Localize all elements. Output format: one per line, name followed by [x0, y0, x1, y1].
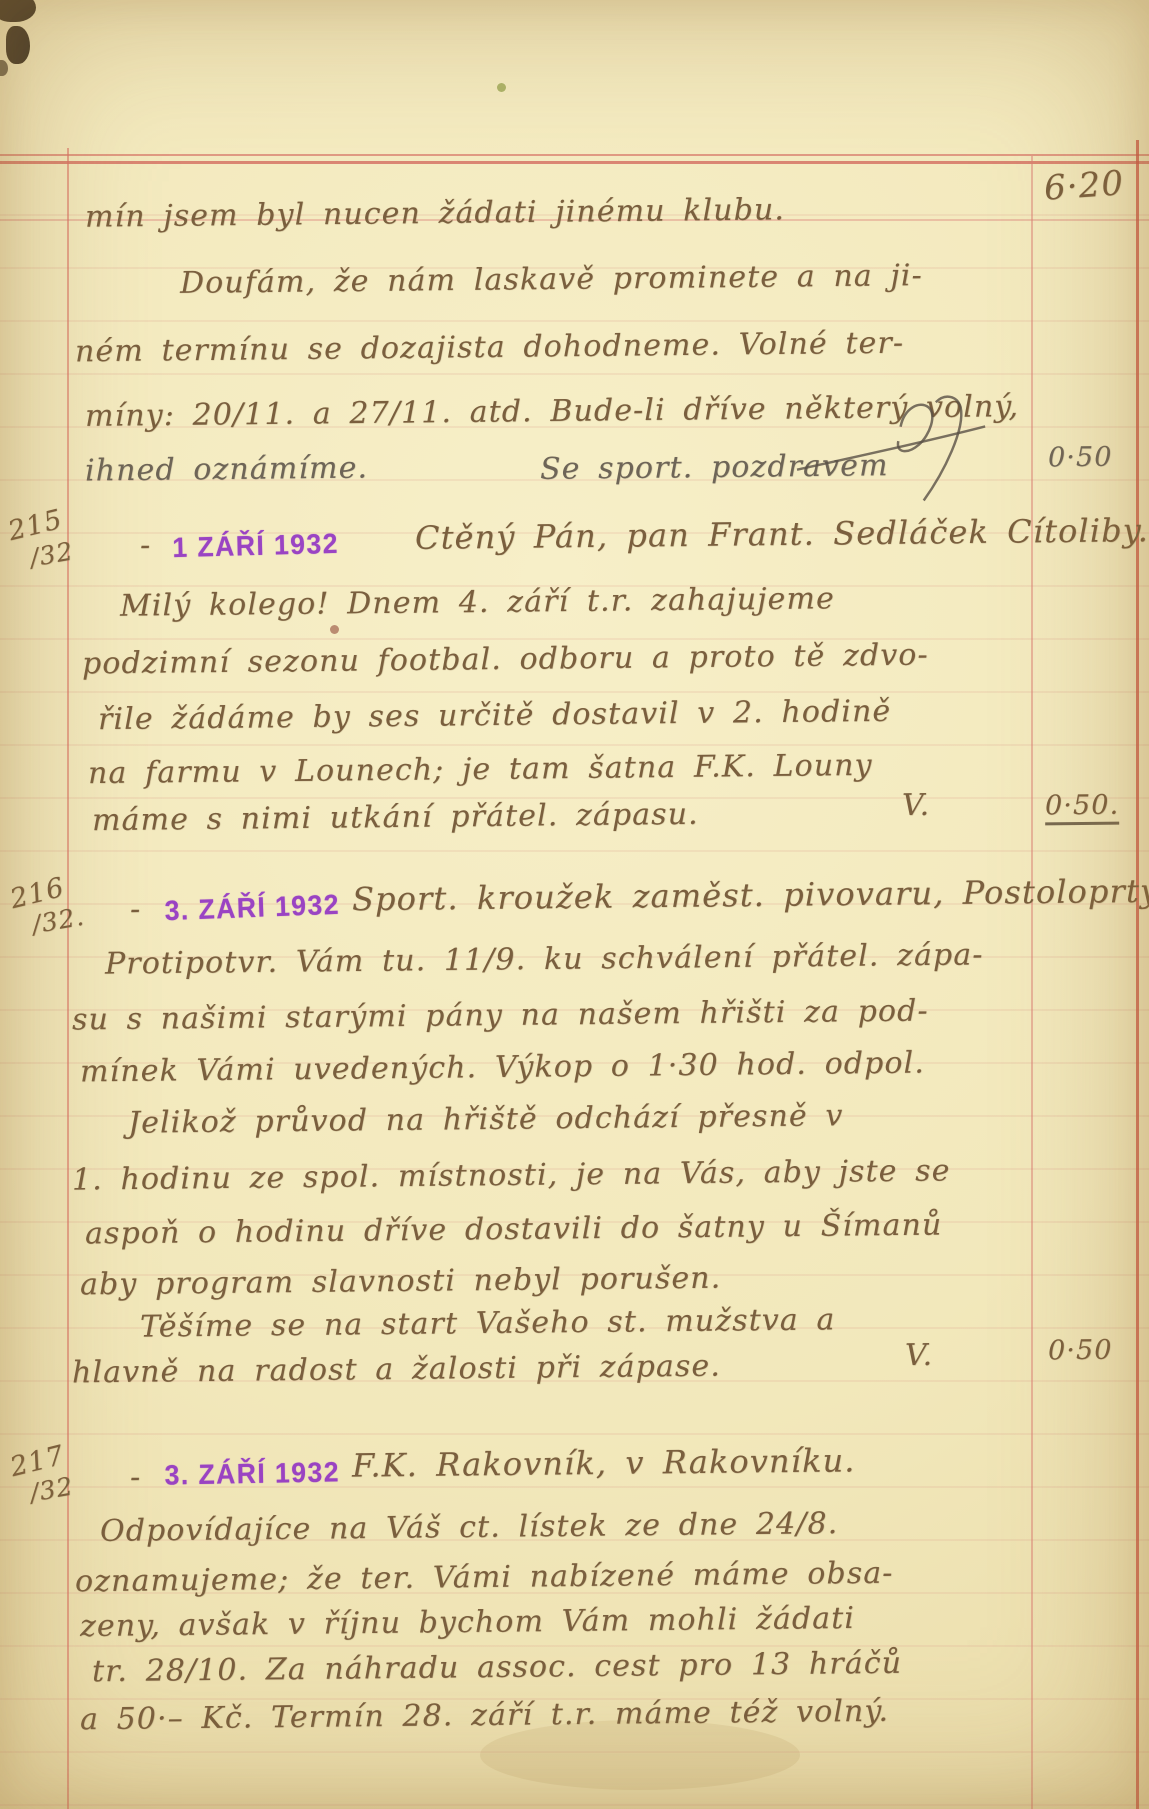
paper-speck: [330, 625, 339, 634]
ink-blot: [6, 26, 30, 64]
ledger-page: 6·20 mín jsem byl nucen žádati jinému kl…: [0, 0, 1149, 1809]
left-margin-line: [67, 148, 69, 1809]
letter-line: a 50·– Kč. Termín 28. září t.r. máme též…: [80, 1694, 889, 1737]
entry-dash: -: [130, 1460, 142, 1495]
entry-number: /32: [28, 1471, 76, 1507]
date-stamp: 3. ZÁŘÍ 1932: [164, 889, 340, 927]
letter-line: tr. 28/10. Za náhradu assoc. cest pro 13…: [92, 1646, 902, 1689]
letter-line: hlavně na radost a žalosti při zápase.: [72, 1349, 721, 1391]
entry-dash: -: [140, 528, 152, 563]
entry-heading: Ctěný Pán, pan Frant. Sedláček Cítoliby.: [415, 511, 1149, 557]
date-stamp: 3. ZÁŘÍ 1932: [164, 1456, 340, 1491]
fee-amount: 0·50: [1048, 442, 1113, 474]
letter-line: ihned oznámíme.: [85, 451, 368, 489]
top-rule: [0, 154, 1149, 156]
letter-line: máme s nimi utkání přátel. zápasu.: [92, 797, 699, 838]
letter-line: zeny, avšak v říjnu bychom Vám mohli žád…: [80, 1601, 855, 1644]
fee-amount: 0·50.: [1045, 790, 1120, 822]
letter-line: 1. hodinu ze spol. místnosti, je na Vás,…: [72, 1153, 951, 1197]
ink-blot: [0, 0, 36, 22]
letter-line: Těšíme se na start Vašeho st. mužstva a: [140, 1302, 836, 1344]
letter-line: Milý kolego! Dnem 4. září t.r. zahajujem…: [120, 581, 835, 623]
letter-line: Jelikož průvod na hřiště odchází přesně …: [128, 1098, 844, 1140]
letter-line: mín jsem byl nucen žádati jinému klubu.: [85, 192, 785, 234]
valediction: V.: [905, 1338, 934, 1373]
letter-line: aby program slavnosti nebyl porušen.: [80, 1261, 722, 1303]
letter-line: ném termínu se dozajista dohodneme. Voln…: [75, 326, 904, 370]
valediction: V.: [902, 788, 931, 823]
entry-heading: F.K. Rakovník, v Rakovníku.: [352, 1441, 856, 1484]
entry-dash: -: [130, 892, 142, 927]
ink-blot: [0, 60, 8, 76]
letter-line: podzimní sezonu footbal. odboru a proto …: [82, 638, 929, 682]
amount-column-line: [1031, 156, 1033, 1809]
fee-underline: 0·50.: [1045, 790, 1120, 826]
fee-amount: 0·50: [1048, 1335, 1113, 1367]
letter-line: Doufám, že nám laskavě prominete a na ji…: [180, 258, 923, 301]
letter-line: Odpovídajíce na Váš ct. lístek ze dne 24…: [100, 1506, 839, 1549]
letter-line: na farmu v Lounech; je tam šatna F.K. Lo…: [88, 748, 873, 791]
letter-line: Protipotvr. Vám tu. 11/9. ku schválení p…: [105, 937, 984, 981]
page-number: 6·20: [1043, 163, 1126, 208]
letter-line: oznamujeme; že ter. Vámi nabízené máme o…: [75, 1556, 894, 1600]
entry-heading: Sport. kroužek zaměst. pivovaru, Postolo…: [352, 872, 1149, 919]
top-rule: [0, 161, 1149, 164]
letter-line: su s našimi starými pány na našem hřišti…: [72, 994, 929, 1038]
letter-line: aspoň o hodinu dříve dostavili do šatny …: [85, 1208, 943, 1252]
date-stamp: 1 ZÁŘÍ 1932: [172, 528, 339, 564]
letter-line: mínek Vámi uvedených. Výkop o 1·30 hod. …: [80, 1046, 925, 1090]
entry-number: /32: [28, 536, 76, 572]
paper-speck: [497, 83, 506, 92]
letter-line: řile žádáme by ses určitě dostavil v 2. …: [98, 694, 892, 737]
right-border-line: [1136, 140, 1139, 1809]
signature-flourish: [785, 384, 998, 526]
